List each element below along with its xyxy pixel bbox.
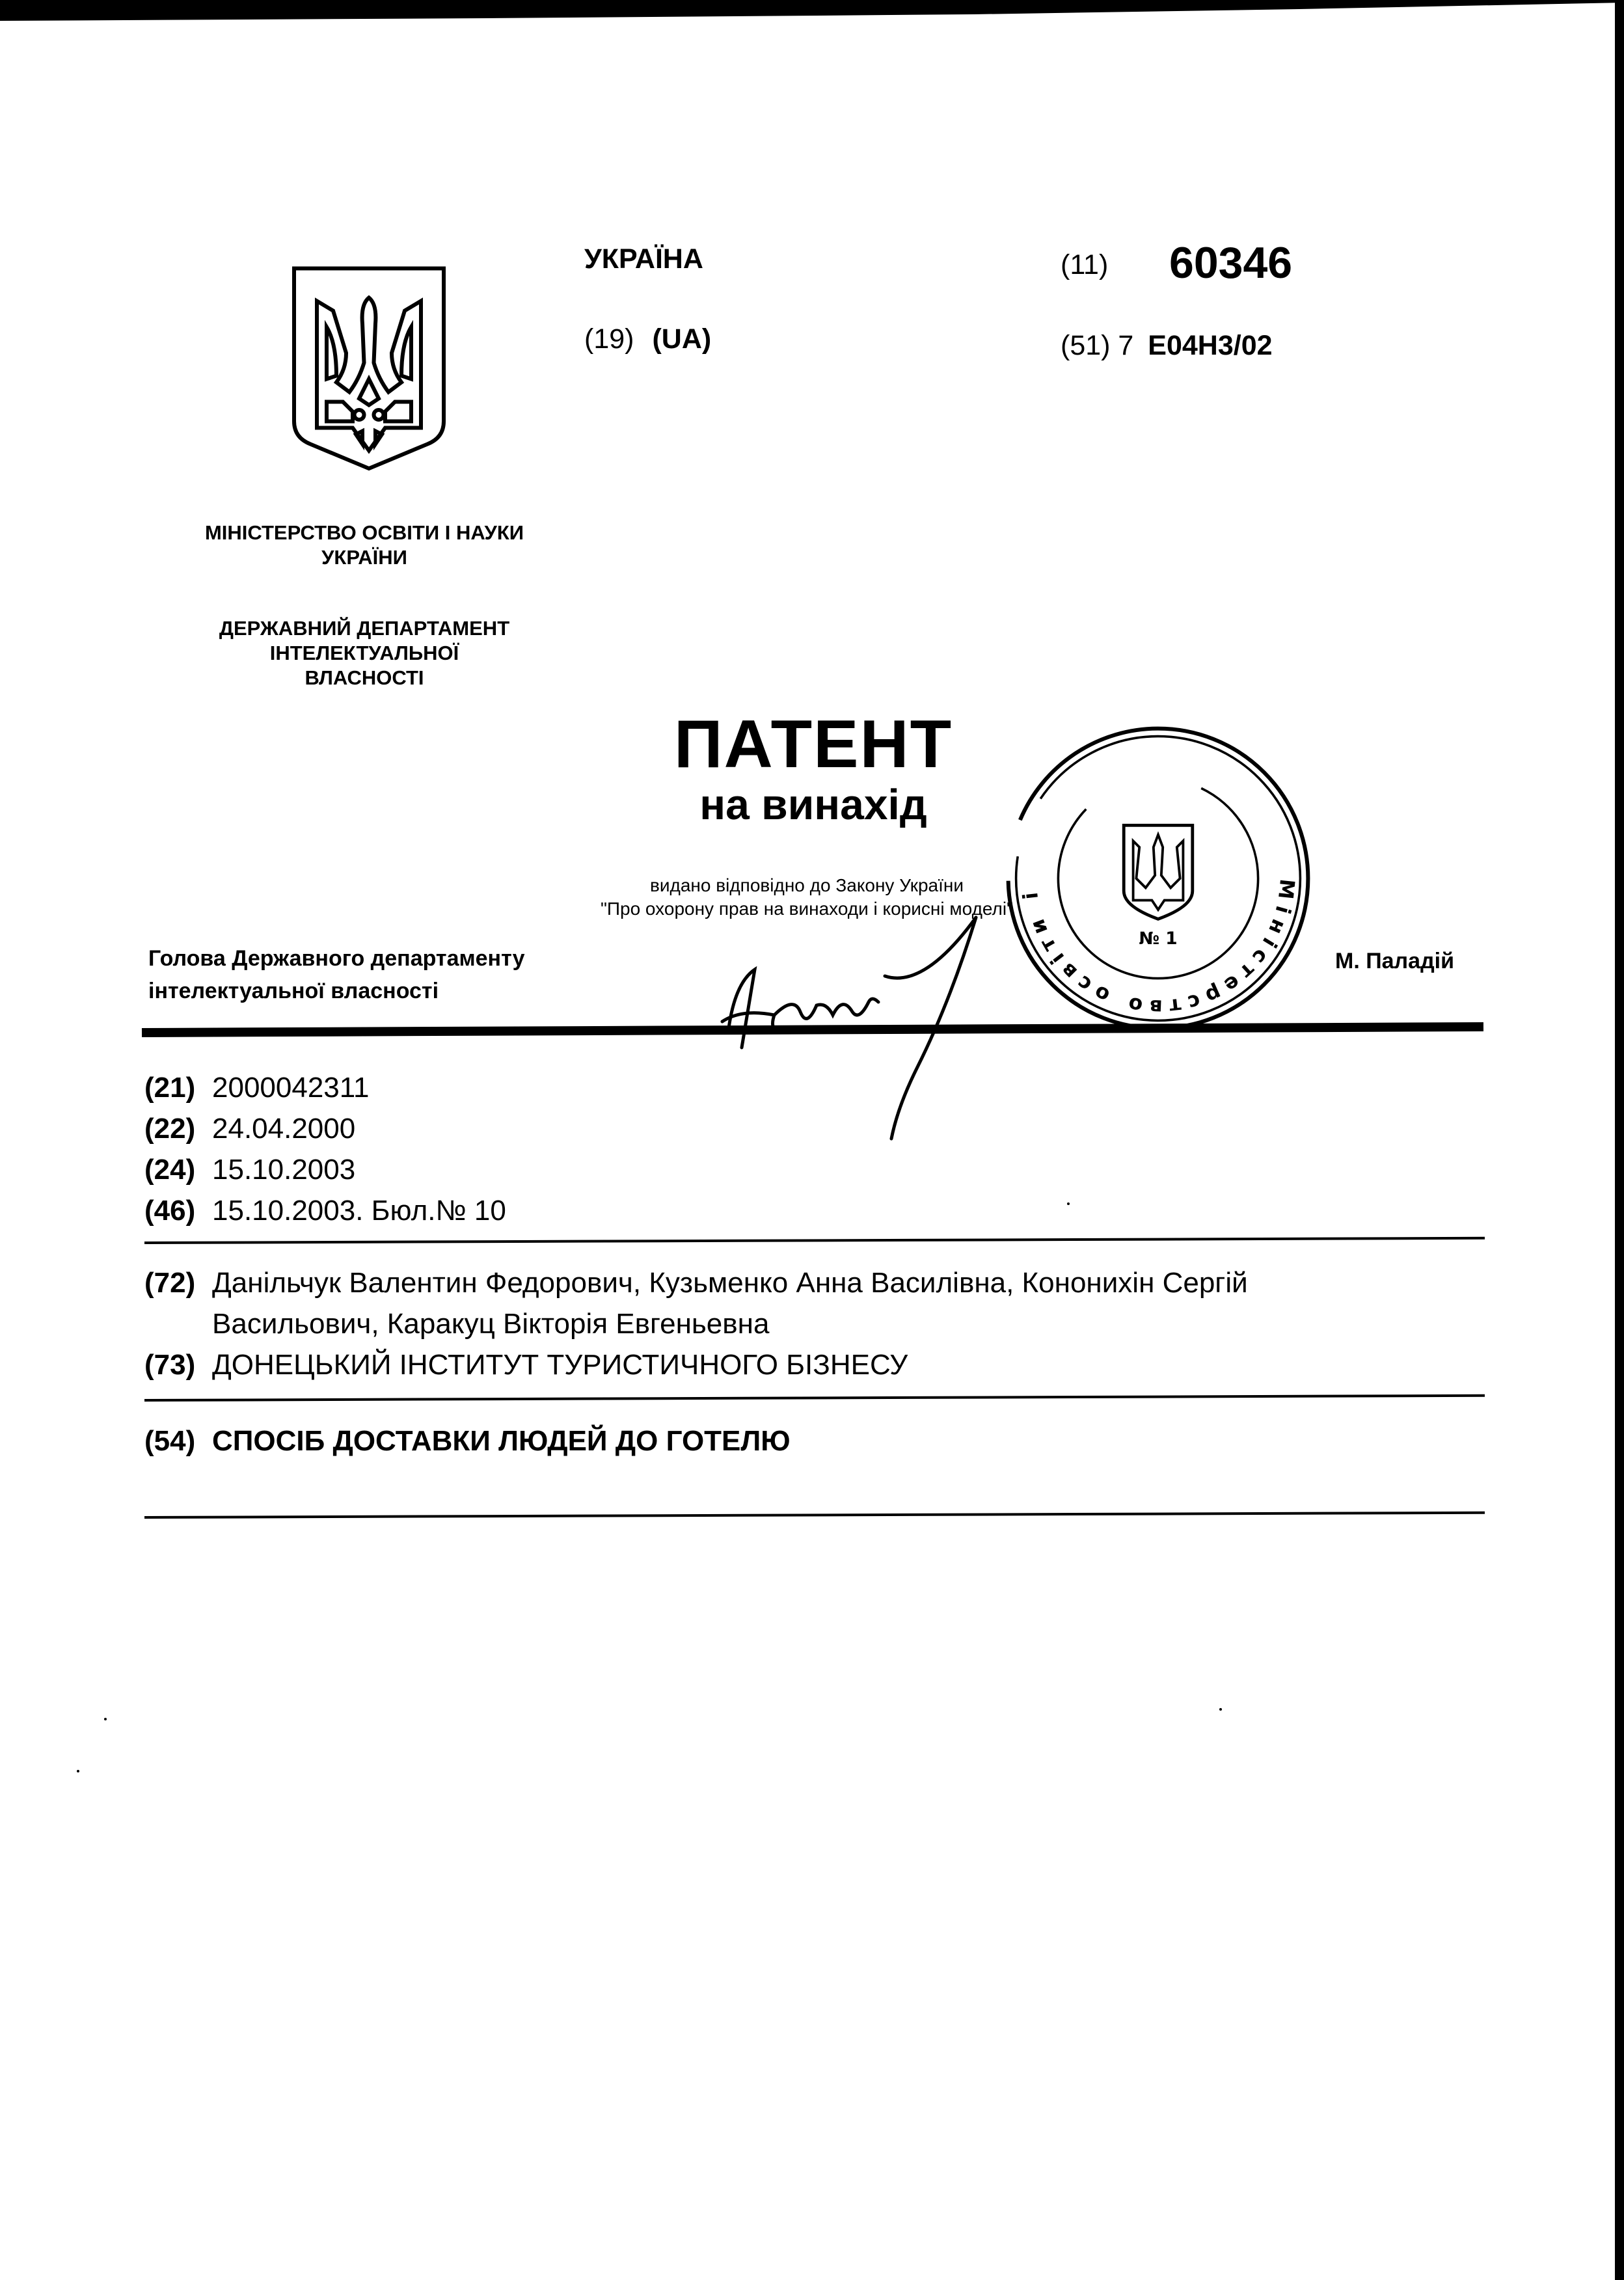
invention-title: (54)СПОСІБ ДОСТАВКИ ЛЮДЕЙ ДО ГОТЕЛЮ [144, 1425, 791, 1458]
patent-owner: (73)ДОНЕЦЬКИЙ ІНСТИТУТ ТУРИСТИЧНОГО БІЗН… [144, 1344, 1485, 1385]
publication-date: 15.10.2003. Бюл.№ 10 [212, 1195, 506, 1227]
legal-basis-line-1: видано відповідно до Закону України [560, 874, 1054, 897]
ministry-line-1: МІНІСТЕРСТВО ОСВІТИ І НАУКИ [163, 521, 566, 545]
filing-date: 24.04.2000 [212, 1113, 355, 1145]
biblio-row: (24)15.10.2003 [144, 1149, 506, 1190]
country-name: УКРАЇНА [584, 243, 703, 275]
inid-code: (21) [144, 1067, 212, 1108]
scan-speck [104, 1718, 107, 1720]
inid-code: (24) [144, 1149, 212, 1190]
coat-of-arms-icon [288, 260, 450, 475]
inid-code: (54) [144, 1425, 212, 1458]
inid-code: (72) [144, 1262, 212, 1303]
official-seal-icon: Міністерство освіти і науки України № 1 [1002, 722, 1314, 1035]
divider [144, 1512, 1485, 1519]
biblio-row: (21)2000042311 [144, 1067, 506, 1108]
inid-51-label: (51) [1061, 330, 1110, 361]
application-number: 2000042311 [212, 1072, 369, 1104]
scan-edge-top [0, 0, 1624, 26]
scan-speck [1219, 1708, 1222, 1711]
inid-19-label: (19) [584, 323, 634, 355]
effective-date: 15.10.2003 [212, 1154, 355, 1186]
ipc-class: E04H3/02 [1148, 330, 1272, 361]
ipc-edition: 7 [1118, 330, 1133, 361]
scan-speck [77, 1770, 79, 1772]
country-code: (19)(UA) [584, 323, 711, 355]
department-name: ДЕРЖАВНИЙ ДЕПАРТАМЕНТ ІНТЕЛЕКТУАЛЬНОЇ ВЛ… [163, 616, 566, 690]
inid-code: (46) [144, 1190, 212, 1231]
svg-text:Міністерство освіти і науки Ук: Міністерство освіти і науки України [1002, 722, 1299, 1019]
svg-text:№ 1: № 1 [1139, 929, 1177, 949]
signatory-position-line-1: Голова Державного департаменту [148, 942, 524, 975]
inid-code: (22) [144, 1108, 212, 1149]
inventors: (72)Данільчук Валентин Федорович, Кузьме… [144, 1262, 1485, 1303]
department-line-1: ДЕРЖАВНИЙ ДЕПАРТАМЕНТ [163, 616, 566, 641]
biblio-row: (22)24.04.2000 [144, 1108, 506, 1149]
department-line-3: ВЛАСНОСТІ [163, 666, 566, 690]
scan-speck [1067, 1202, 1070, 1205]
inid-code: (73) [144, 1344, 212, 1385]
signatory-position-line-2: інтелектуальної власності [148, 975, 524, 1007]
patent-number: 60346 [1169, 238, 1292, 288]
document-subtitle: на винахід [586, 780, 1041, 829]
country-code-value: (UA) [652, 323, 711, 355]
divider [144, 1237, 1485, 1244]
inid-11-label: (11) [1061, 249, 1108, 281]
department-line-2: ІНТЕЛЕКТУАЛЬНОЇ [163, 641, 566, 666]
ipc-classification: (51) 7 E04H3/02 [1061, 330, 1273, 362]
owner-name: ДОНЕЦЬКИЙ ІНСТИТУТ ТУРИСТИЧНОГО БІЗНЕСУ [212, 1349, 908, 1381]
scan-edge-right [1615, 0, 1624, 2280]
signatory-name: М. Паладій [1335, 949, 1454, 974]
document-title: ПАТЕНТ [586, 706, 1041, 783]
bibliographic-data: (21)2000042311 (22)24.04.2000 (24)15.10.… [144, 1067, 506, 1231]
ministry-name: МІНІСТЕРСТВО ОСВІТИ І НАУКИ УКРАЇНИ [163, 521, 566, 570]
signatory-position: Голова Державного департаменту інтелекту… [148, 942, 524, 1007]
invention-title-text: СПОСІБ ДОСТАВКИ ЛЮДЕЙ ДО ГОТЕЛЮ [212, 1425, 791, 1457]
ministry-line-2: УКРАЇНИ [163, 545, 566, 570]
biblio-row: (46)15.10.2003. Бюл.№ 10 [144, 1190, 506, 1231]
inventors-line-1: Данільчук Валентин Федорович, Кузьменко … [212, 1267, 1248, 1299]
divider [144, 1394, 1485, 1402]
inventors-line-2: Васильович, Каракуц Вікторія Евгеньевна [144, 1303, 1485, 1344]
parties: (72)Данільчук Валентин Федорович, Кузьме… [144, 1262, 1485, 1385]
